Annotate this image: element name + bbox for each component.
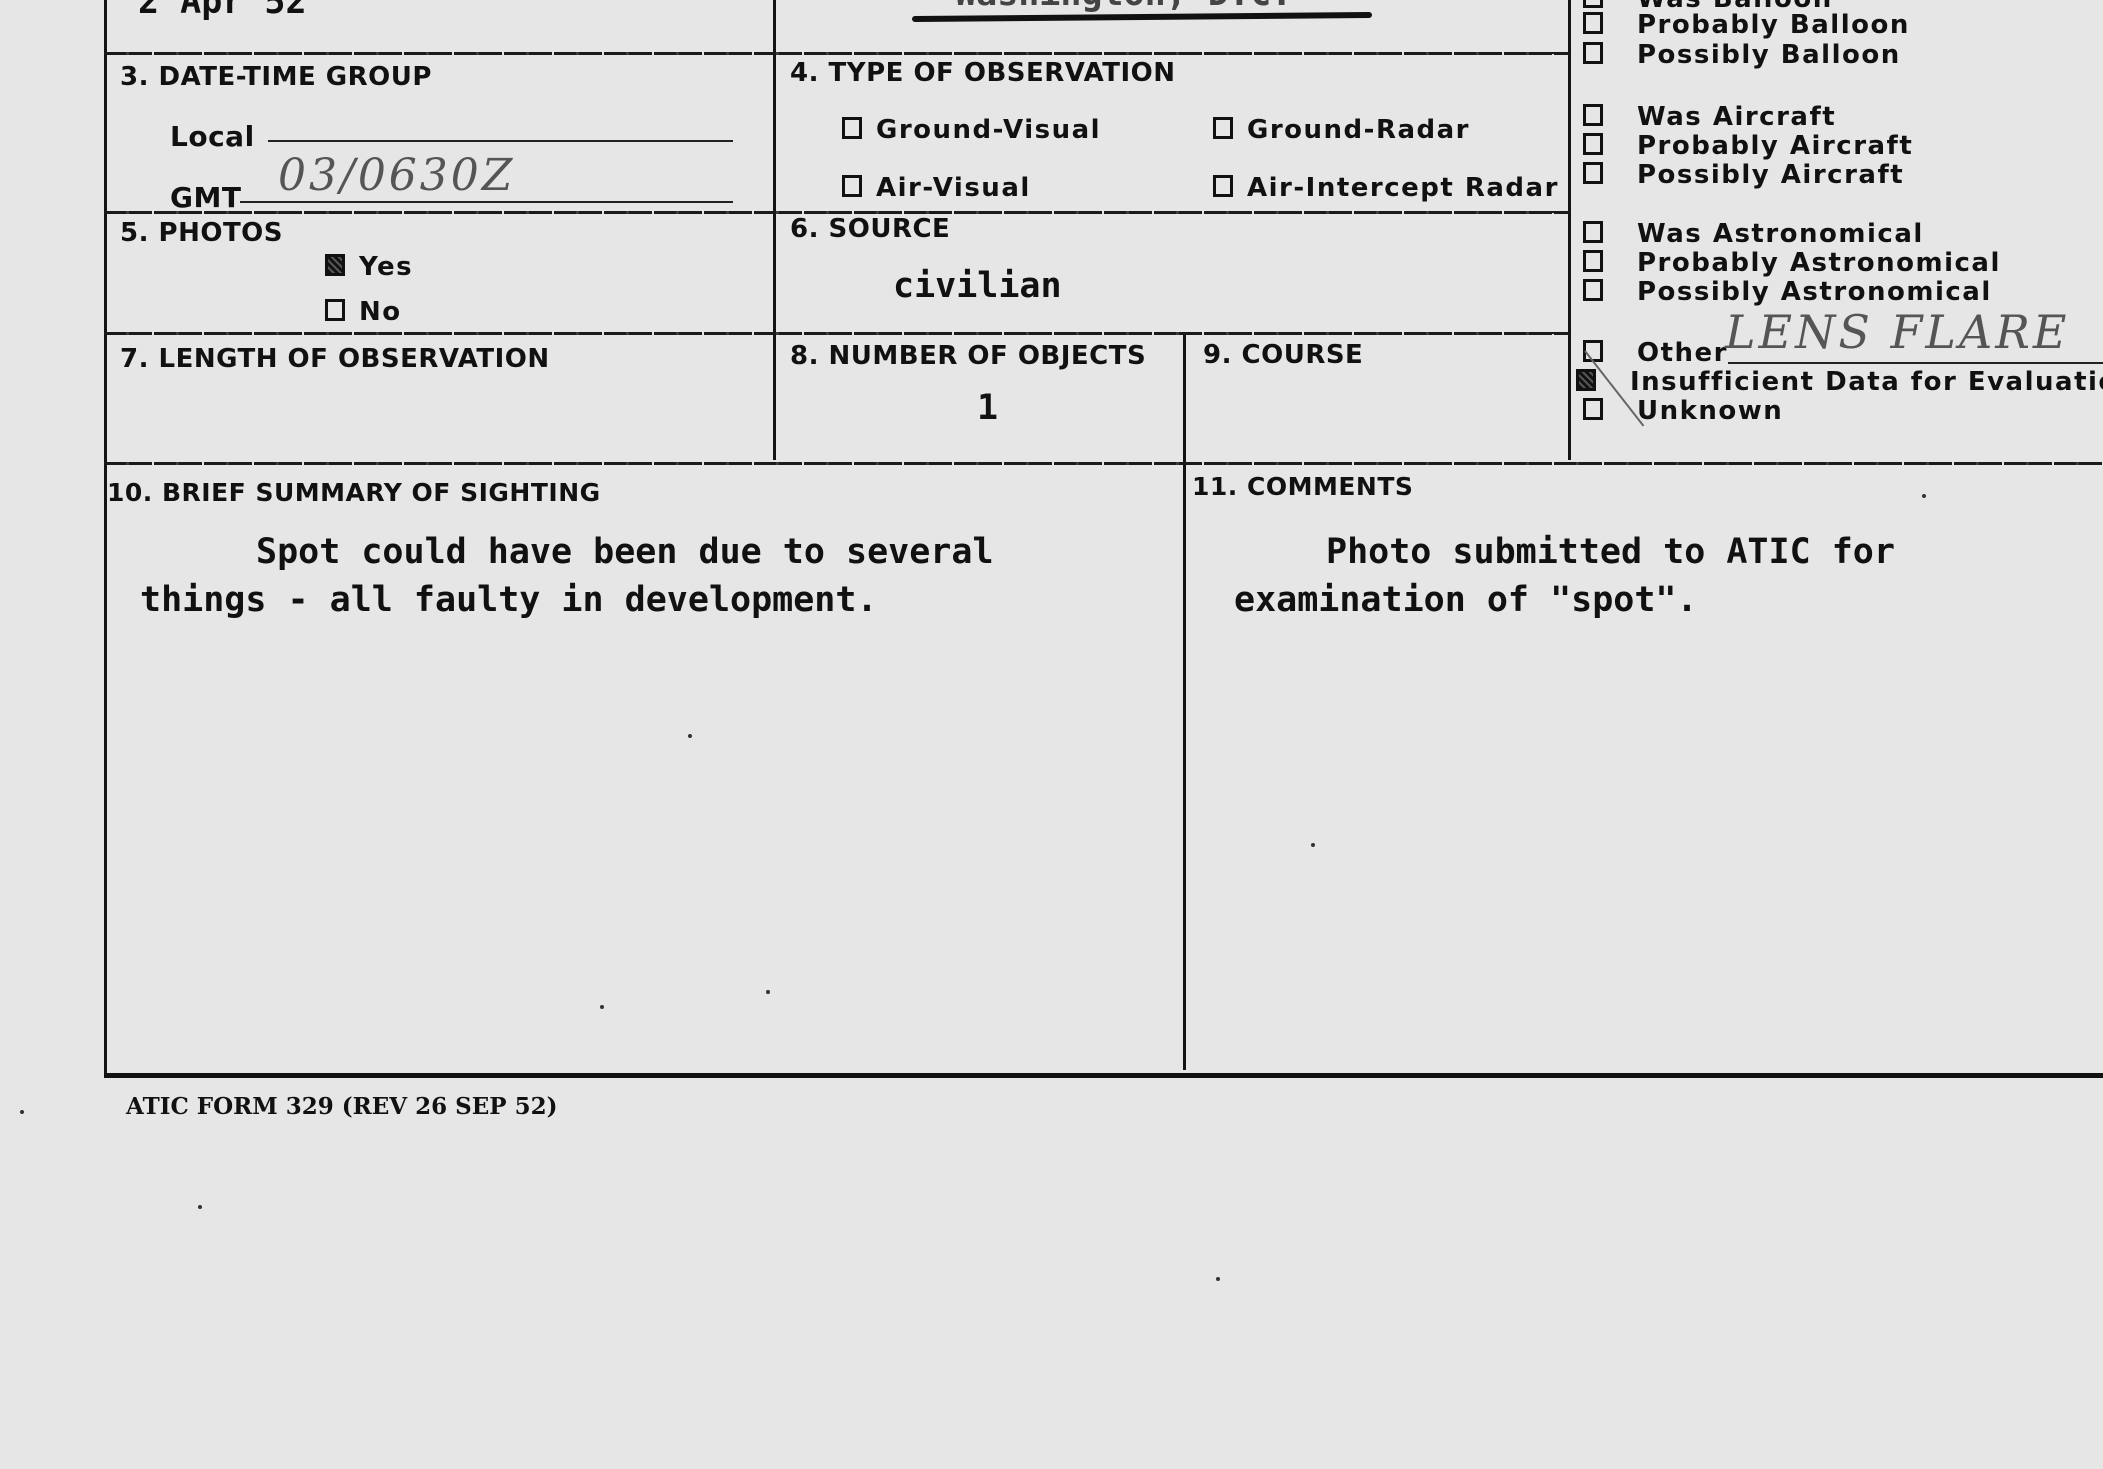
gmt-label: GMT (170, 181, 241, 214)
checkbox-icon[interactable] (1583, 398, 1603, 420)
conclusion-insufficient-data[interactable]: Insufficient Data for Evaluation (1576, 367, 2103, 397)
brief-summary-line-1: Spot could have been due to several (256, 532, 994, 572)
conclusion-group-tick-1 (1550, 52, 1568, 54)
conclusion-was-astronomical[interactable]: Was Astronomical (1583, 219, 1924, 249)
gmt-input-line[interactable] (240, 201, 733, 203)
length-of-observation-label: 7. LENGTH OF OBSERVATION (120, 344, 550, 374)
divider-col-1 (773, 0, 776, 460)
checkbox-icon[interactable] (1583, 104, 1603, 126)
scan-speck (1216, 1277, 1220, 1281)
checkbox-icon[interactable] (1583, 162, 1603, 184)
air-visual-option[interactable]: Air-Visual (842, 173, 1031, 203)
checkbox-icon[interactable] (1583, 42, 1603, 64)
comments-line-2: examination of "spot". (1234, 580, 1698, 620)
gmt-value: 03/0630Z (278, 150, 515, 201)
photos-label: 5. PHOTOS (120, 218, 283, 248)
scan-speck (198, 1205, 202, 1209)
ground-visual-option[interactable]: Ground-Visual (842, 115, 1101, 145)
conclusion-possibly-astronomical[interactable]: Possibly Astronomical (1583, 277, 1992, 307)
divider-col-2 (1183, 335, 1186, 1070)
scan-speck (1311, 843, 1315, 847)
form-bottom-border (104, 1073, 2103, 1078)
checkbox-checked-icon[interactable] (325, 254, 345, 276)
type-of-observation-label: 4. TYPE OF OBSERVATION (790, 58, 1176, 88)
row-divider-4 (104, 462, 2103, 465)
checkbox-icon[interactable] (842, 117, 862, 139)
date-value: 2 Apr 52 (138, 0, 307, 22)
row-divider-1 (104, 52, 1570, 55)
scan-speck (600, 1005, 604, 1009)
brief-summary-label: 10. BRIEF SUMMARY OF SIGHTING (107, 478, 601, 507)
checkbox-icon[interactable] (1583, 133, 1603, 155)
scan-speck (1922, 494, 1926, 498)
other-handwritten-value: LENS FLARE (1725, 305, 2069, 359)
scan-speck (766, 990, 770, 994)
date-time-group-label: 3. DATE-TIME GROUP (120, 62, 432, 92)
conclusion-probably-astronomical[interactable]: Probably Astronomical (1583, 248, 2001, 278)
local-label: Local (170, 120, 255, 153)
conclusion-possibly-aircraft[interactable]: Possibly Aircraft (1583, 160, 1904, 190)
conclusion-possibly-balloon[interactable]: Possibly Balloon (1583, 40, 1901, 70)
conclusion-group-tick-3 (1550, 332, 1568, 334)
checkbox-icon[interactable] (1213, 117, 1233, 139)
number-of-objects-value: 1 (977, 388, 998, 428)
source-label: 6. SOURCE (790, 214, 950, 244)
conclusion-other[interactable]: Other (1583, 338, 1728, 368)
divider-col-3 (1568, 0, 1571, 460)
atic-form-329: 2 Apr 52 Washington, D.C. 3. DATE-TIME G… (0, 0, 2103, 1469)
conclusion-group-tick-2 (1550, 211, 1568, 213)
comments-label: 11. COMMENTS (1192, 472, 1413, 501)
checkbox-icon[interactable] (1583, 250, 1603, 272)
checkbox-icon[interactable] (1583, 279, 1603, 301)
ground-radar-option[interactable]: Ground-Radar (1213, 115, 1470, 145)
checkbox-icon[interactable] (1583, 221, 1603, 243)
conclusion-probably-balloon[interactable]: Probably Balloon (1583, 10, 1910, 40)
other-input-line[interactable] (1728, 362, 2103, 364)
number-of-objects-label: 8. NUMBER OF OBJECTS (790, 341, 1146, 371)
form-left-border (104, 0, 107, 1075)
comments-line-1: Photo submitted to ATIC for (1326, 532, 1895, 572)
row-divider-3 (104, 332, 1570, 335)
form-id: ATIC FORM 329 (REV 26 SEP 52) (126, 1093, 557, 1120)
scan-speck (20, 1110, 24, 1114)
air-intercept-radar-option[interactable]: Air-Intercept Radar (1213, 173, 1559, 203)
conclusion-probably-aircraft[interactable]: Probably Aircraft (1583, 131, 1913, 161)
brief-summary-line-2: things - all faulty in development. (140, 580, 878, 620)
source-value: civilian (893, 266, 1062, 306)
checkbox-icon[interactable] (325, 299, 345, 321)
scan-speck (688, 734, 692, 738)
checkbox-icon[interactable] (842, 175, 862, 197)
course-label: 9. COURSE (1203, 340, 1363, 370)
photos-no-option[interactable]: No (325, 297, 402, 327)
location-value: Washington, D.C. (955, 0, 1292, 14)
checkbox-icon[interactable] (1583, 0, 1603, 8)
checkbox-checked-icon[interactable] (1576, 369, 1596, 391)
photos-yes-option[interactable]: Yes (325, 252, 413, 282)
conclusion-was-aircraft[interactable]: Was Aircraft (1583, 102, 1836, 132)
checkbox-icon[interactable] (1213, 175, 1233, 197)
conclusion-unknown[interactable]: Unknown (1583, 396, 1783, 426)
checkbox-icon[interactable] (1583, 12, 1603, 34)
local-input-line[interactable] (268, 140, 733, 142)
